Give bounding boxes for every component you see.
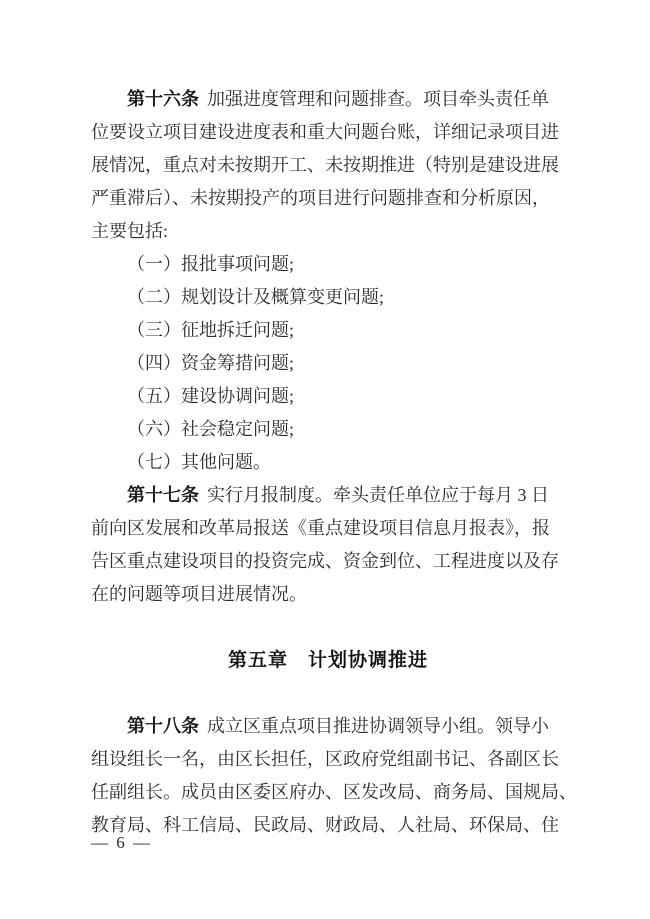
document-page: 第十六条加强进度管理和问题排查。项目牵头责任单 位要设立项目建设进度表和重大问题… (0, 0, 650, 919)
article-17-label: 第十七条 (127, 485, 199, 505)
problem-list-item-3: （三）征地拆迁问题; (91, 314, 565, 347)
article-17-paragraph: 第十七条实行月报制度。牵头责任单位应于每月 3 日 前向区发展和改革局报送《重点… (91, 479, 565, 611)
problem-list-item-2: （二）规划设计及概算变更问题; (91, 281, 565, 314)
page-number: — 6 — (91, 833, 152, 853)
problem-list-item-1: （一）报批事项问题; (91, 248, 565, 281)
document-body: 第十六条加强进度管理和问题排查。项目牵头责任单 位要设立项目建设进度表和重大问题… (91, 83, 565, 842)
problem-list-item-4: （四）资金筹措问题; (91, 347, 565, 380)
problem-list-item-6: （六）社会稳定问题; (91, 413, 565, 446)
article-16-text: 加强进度管理和问题排查。项目牵头责任单 位要设立项目建设进度表和重大问题台账，详… (91, 89, 559, 241)
article-18-paragraph: 第十八条成立区重点项目推进协调领导小组。领导小 组设组长一名，由区长担任，区政府… (91, 710, 565, 842)
chapter-5-heading: 第五章 计划协调推进 (91, 644, 565, 677)
problem-list-item-7: （七）其他问题。 (91, 446, 565, 479)
article-16-paragraph: 第十六条加强进度管理和问题排查。项目牵头责任单 位要设立项目建设进度表和重大问题… (91, 83, 565, 248)
problem-list-item-5: （五）建设协调问题; (91, 380, 565, 413)
article-18-label: 第十八条 (127, 716, 199, 736)
article-16-label: 第十六条 (127, 89, 199, 109)
